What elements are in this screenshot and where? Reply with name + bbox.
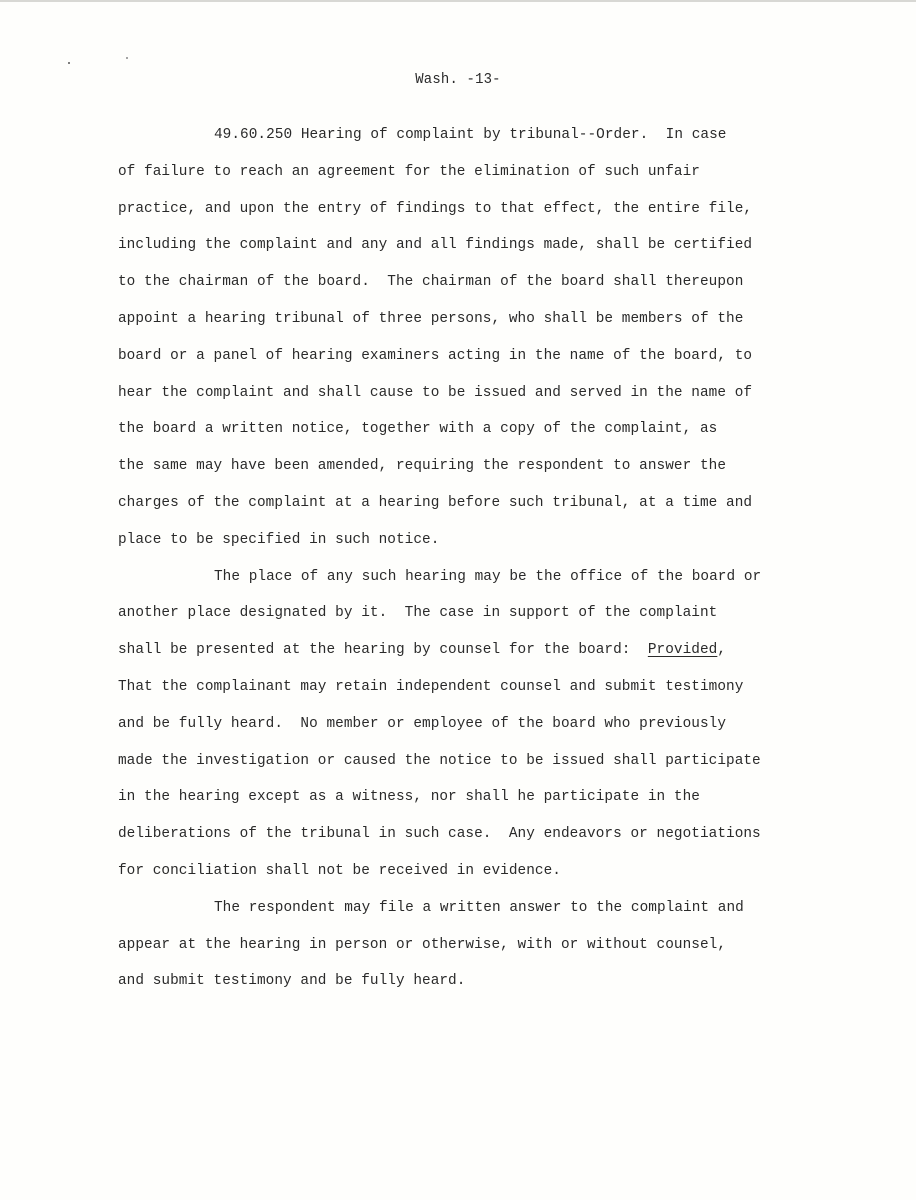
text-line: the board a written notice, together wit… [118,418,838,455]
text-line: place to be specified in such notice. [118,529,838,566]
text-line: practice, and upon the entry of findings… [118,198,838,235]
text-line: board or a panel of hearing examiners ac… [118,345,838,382]
text-line: made the investigation or caused the not… [118,750,838,787]
text-line: hear the complaint and shall cause to be… [118,382,838,419]
text-line: deliberations of the tribunal in such ca… [118,823,838,860]
paragraph-respondent-answer: The respondent may file a written answer… [118,897,838,1007]
text-line: That the complainant may retain independ… [118,676,838,713]
punctuation: , [717,642,726,658]
text-line: including the complaint and any and all … [118,234,838,271]
document-page: Wash. -13- 49.60.250 Hearing of complain… [0,0,916,1200]
page-header: Wash. -13- [18,72,897,88]
scan-speck [68,62,70,64]
text-line: appear at the hearing in person or other… [118,934,838,971]
text-line: another place designated by it. The case… [118,602,838,639]
text-line: charges of the complaint at a hearing be… [118,492,838,529]
paragraph-hearing-of-complaint: 49.60.250 Hearing of complaint by tribun… [118,124,838,566]
text-line: The respondent may file a written answer… [118,897,838,934]
text-line: and be fully heard. No member or employe… [118,713,838,750]
text-line: the same may have been amended, requirin… [118,455,838,492]
text-line: of failure to reach an agreement for the… [118,161,838,198]
text-line: to the chairman of the board. The chairm… [118,271,838,308]
text-line: The place of any such hearing may be the… [118,566,838,603]
text-line: for conciliation shall not be received i… [118,860,838,897]
underlined-term-provided: Provided [648,642,718,658]
text-line: and submit testimony and be fully heard. [118,970,838,1007]
text-line: 49.60.250 Hearing of complaint by tribun… [118,124,838,161]
scan-edge [0,0,916,2]
paragraph-place-of-hearing: The place of any such hearing may be the… [118,566,838,897]
text-line: appoint a hearing tribunal of three pers… [118,308,838,345]
document-body: 49.60.250 Hearing of complaint by tribun… [118,124,838,1007]
scan-speck [126,57,128,59]
text-line: in the hearing except as a witness, nor … [118,786,838,823]
text-line-with-proviso: shall be presented at the hearing by cou… [118,639,838,676]
text-fragment: shall be presented at the hearing by cou… [118,642,648,658]
